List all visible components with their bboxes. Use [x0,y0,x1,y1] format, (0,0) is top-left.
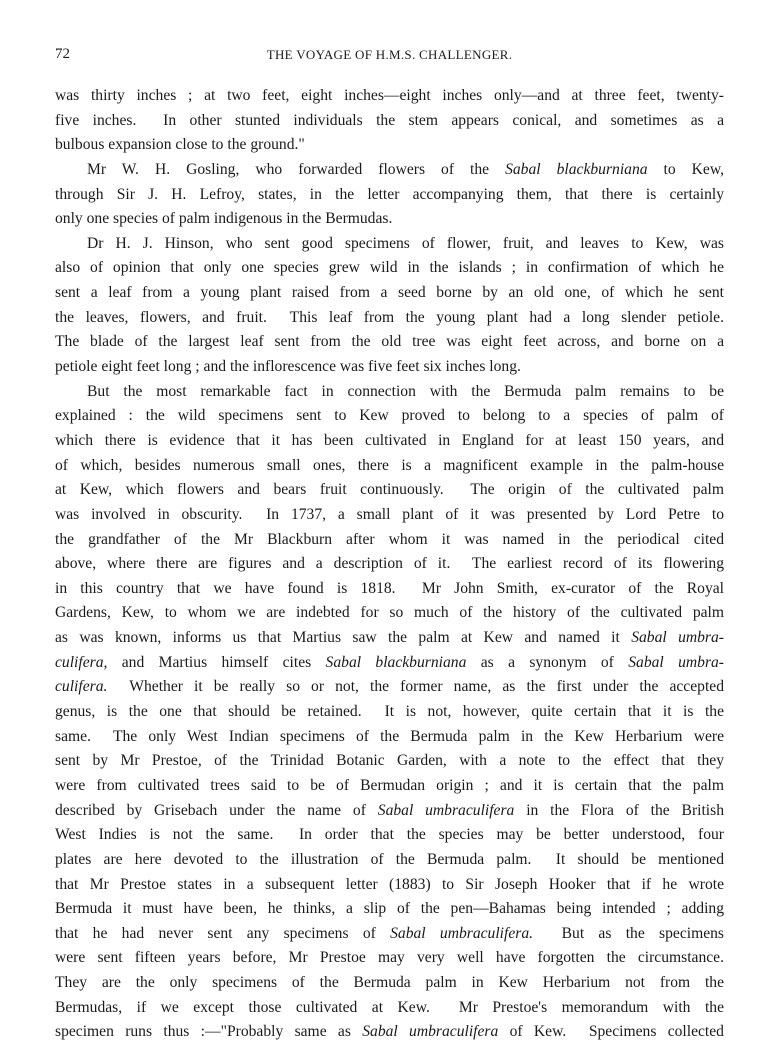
text-line: were sent fifteen years before, Mr Prest… [55,946,724,971]
italic-species-name: Sabal umbraculifera [362,1023,498,1040]
text-segment: was involved in obscurity. In 1737, a sm… [55,506,724,523]
text-line: Mr W. H. Gosling, who forwarded flowers … [55,158,724,183]
text-line: five inches. In other stunted individual… [55,109,724,134]
text-segment: same. The only West Indian specimens of … [55,728,724,745]
text-line: in this country that we have found is 18… [55,577,724,602]
text-line: culifera, and Martius himself cites Saba… [55,651,724,676]
text-line: that he had never sent any specimens of … [55,922,724,947]
text-line: which there is evidence that it has been… [55,429,724,454]
text-line: same. The only West Indian specimens of … [55,725,724,750]
text-segment: which there is evidence that it has been… [55,432,724,449]
text-segment: plates are here devoted to the illustrat… [55,851,724,868]
text-segment: Gardens, Kew, to whom we are indebted fo… [55,604,724,621]
text-line: plates are here devoted to the illustrat… [55,848,724,873]
text-segment: was thirty inches ; at two feet, eight i… [55,87,724,104]
text-segment: Whether it be really so or not, the form… [107,678,724,695]
text-line: They are the only specimens of the Bermu… [55,971,724,996]
running-head: THE VOYAGE OF H.M.S. CHALLENGER. [55,47,724,63]
text-line: the leaves, flowers, and fruit. This lea… [55,306,724,331]
text-line: genus, is the one that should be retaine… [55,700,724,725]
text-line: But the most remarkable fact in connecti… [55,380,724,405]
text-segment: specimen runs thus :—"Probably same as [55,1023,362,1040]
text-segment: five inches. In other stunted individual… [55,112,724,129]
body-text: was thirty inches ; at two feet, eight i… [55,84,724,1045]
text-line: Gardens, Kew, to whom we are indebted fo… [55,601,724,626]
text-segment: But as the specimens [533,925,724,942]
text-segment: explained : the wild specimens sent to K… [55,407,724,424]
text-segment: Dr H. J. Hinson, who sent good specimens… [87,235,724,252]
italic-species-name: Sabal umbraculifera [378,802,515,819]
text-line: at Kew, which flowers and bears fruit co… [55,478,724,503]
text-line: sent a leaf from a young plant raised fr… [55,281,724,306]
text-line: Dr H. J. Hinson, who sent good specimens… [55,232,724,257]
text-line: culifera. Whether it be really so or not… [55,675,724,700]
text-segment: that he had never sent any specimens of [55,925,390,942]
italic-species-name: Sabal umbra- [631,629,724,646]
text-segment: through Sir J. H. Lefroy, states, in the… [55,186,724,203]
text-line: was involved in obscurity. In 1737, a sm… [55,503,724,528]
text-segment: that Mr Prestoe states in a subsequent l… [55,876,724,893]
text-segment: also of opinion that only one species gr… [55,259,724,276]
text-segment: Bermuda it must have been, he thinks, a … [55,900,724,917]
text-line: West Indies is not the same. In order th… [55,823,724,848]
text-line: The blade of the largest leaf sent from … [55,330,724,355]
text-segment: Bermudas, if we except those cultivated … [55,999,724,1016]
text-line: of which, besides numerous small ones, t… [55,454,724,479]
text-segment: only one species of palm indigenous in t… [55,210,392,227]
text-line: above, where there are figures and a des… [55,552,724,577]
text-segment: at Kew, which flowers and bears fruit co… [55,481,724,498]
text-segment: of which, besides numerous small ones, t… [55,457,724,474]
text-line: only one species of palm indigenous in t… [55,207,724,232]
text-segment: described by Grisebach under the name of [55,802,378,819]
text-segment: They are the only specimens of the Bermu… [55,974,724,991]
text-segment: the leaves, flowers, and fruit. This lea… [55,309,724,326]
text-segment: of Kew. Specimens collected [498,1023,724,1040]
text-segment: West Indies is not the same. In order th… [55,826,724,843]
text-line: as was known, informs us that Martius sa… [55,626,724,651]
text-line: bulbous expansion close to the ground." [55,133,724,158]
text-segment: sent a leaf from a young plant raised fr… [55,284,724,301]
text-segment: in the Flora of the British [514,802,724,819]
text-segment: The blade of the largest leaf sent from … [55,333,724,350]
text-segment: sent by Mr Prestoe, of the Trinidad Bota… [55,752,724,769]
text-line: was thirty inches ; at two feet, eight i… [55,84,724,109]
text-segment: in this country that we have found is 18… [55,580,724,597]
text-segment: were from cultivated trees said to be of… [55,777,724,794]
text-line: described by Grisebach under the name of… [55,799,724,824]
text-segment: But the most remarkable fact in connecti… [87,383,724,400]
italic-species-name: Sabal blackburniana [326,654,467,671]
text-segment: as a synonym of [466,654,628,671]
text-line: were from cultivated trees said to be of… [55,774,724,799]
text-line: Bermuda it must have been, he thinks, a … [55,897,724,922]
text-segment: the grandfather of the Mr Blackburn afte… [55,531,724,548]
text-segment: to Kew, [648,161,724,178]
text-line: explained : the wild specimens sent to K… [55,404,724,429]
text-segment: were sent fifteen years before, Mr Prest… [55,949,724,966]
italic-species-name: culifera. [55,678,107,695]
italic-species-name: Sabal blackburniana [505,161,647,178]
text-line: specimen runs thus :—"Probably same as S… [55,1020,724,1045]
text-line: the grandfather of the Mr Blackburn afte… [55,528,724,553]
text-segment: above, where there are figures and a des… [55,555,724,572]
text-line: that Mr Prestoe states in a subsequent l… [55,873,724,898]
text-line: sent by Mr Prestoe, of the Trinidad Bota… [55,749,724,774]
text-segment: Mr W. H. Gosling, who forwarded flowers … [87,161,505,178]
text-segment: genus, is the one that should be retaine… [55,703,724,720]
text-line: petiole eight feet long ; and the inflor… [55,355,724,380]
text-segment: and Martius himself cites [107,654,325,671]
italic-species-name: Sabal umbraculifera. [390,925,533,942]
text-segment: as was known, informs us that Martius sa… [55,629,631,646]
text-line: also of opinion that only one species gr… [55,256,724,281]
page-header: 72 THE VOYAGE OF H.M.S. CHALLENGER. [55,46,724,68]
text-segment: bulbous expansion close to the ground." [55,136,305,153]
text-line: through Sir J. H. Lefroy, states, in the… [55,183,724,208]
document-page: 72 THE VOYAGE OF H.M.S. CHALLENGER. was … [0,0,776,1050]
italic-species-name: Sabal umbra- [628,654,724,671]
text-segment: petiole eight feet long ; and the inflor… [55,358,521,375]
text-line: Bermudas, if we except those cultivated … [55,996,724,1021]
italic-species-name: culifera, [55,654,107,671]
